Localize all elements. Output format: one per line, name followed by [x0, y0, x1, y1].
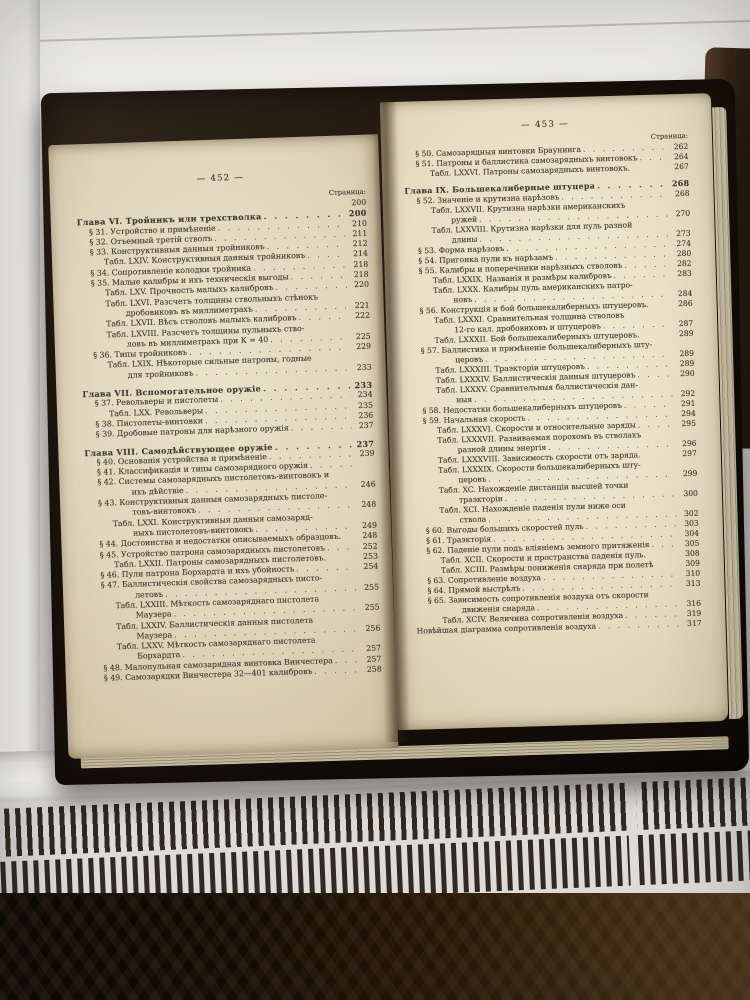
toc-page-number: 257 [359, 654, 381, 665]
toc-page-number: 229 [349, 342, 371, 353]
toc-page-number [357, 599, 379, 600]
toc-page-number [668, 206, 690, 207]
toc-page-number: 268 [667, 179, 689, 190]
window-frame-left [0, 0, 40, 760]
toc-page-number: 284 [670, 289, 692, 300]
toc-page-number: 236 [351, 411, 373, 422]
page-number-header: — 452 — [75, 169, 365, 189]
toc-page-number [355, 517, 377, 518]
toc-page-number: 233 [350, 380, 372, 391]
toc-page-number: 237 [352, 421, 374, 432]
toc-page-number: 302 [676, 509, 698, 520]
wall-seam [0, 18, 750, 43]
toc-page-number: 310 [678, 569, 700, 580]
toc-page-number [675, 466, 697, 467]
toc-page-number: 303 [677, 519, 699, 530]
dot-leader [294, 562, 356, 574]
dot-leader [652, 346, 672, 347]
dot-leader [641, 466, 676, 467]
toc-page-number [359, 641, 381, 642]
toc-page-number: 258 [360, 665, 382, 676]
dot-leader [289, 422, 352, 434]
dot-leader [641, 436, 674, 437]
toc-page-number: 248 [354, 500, 376, 511]
dot-leader [327, 497, 354, 498]
toc-page-number: 233 [350, 362, 372, 373]
dot-leader [611, 269, 669, 281]
toc-page-number [670, 286, 692, 287]
toc-left: 200Глава VI. Тройникъ или трехстволка200… [76, 198, 382, 685]
dot-leader [322, 580, 357, 581]
toc-page-number [349, 359, 371, 360]
dot-leader [641, 456, 675, 457]
toc-page-number: 235 [351, 400, 373, 411]
open-book: — 452 — Страница: 200Глава VI. Тройникъ … [41, 79, 749, 785]
toc-page-number: 268 [667, 189, 689, 200]
dot-leader [649, 539, 677, 550]
toc-page-number: 305 [677, 539, 699, 550]
dot-leader [312, 665, 360, 677]
dot-leader [630, 169, 667, 170]
toc-page-number: 255 [357, 582, 379, 593]
toc-page-number: 297 [675, 449, 697, 460]
toc-page-number: 264 [666, 152, 688, 163]
toc-page-number: 309 [678, 559, 700, 570]
toc-page-number: 221 [348, 301, 370, 312]
toc-page-number: 248 [355, 531, 377, 542]
toc-page-number: 319 [679, 609, 701, 620]
toc-page-number: 267 [667, 162, 689, 173]
dot-leader [649, 596, 679, 597]
dot-leader [312, 360, 350, 361]
toc-page-number: 220 [347, 280, 369, 291]
dot-leader [638, 386, 673, 387]
dot-leader [640, 336, 672, 337]
toc-page-number [676, 506, 698, 507]
toc-page-number: 292 [673, 389, 695, 400]
toc-page-number: 212 [345, 239, 367, 250]
toc-page-number [353, 476, 375, 477]
toc-page-number: 304 [677, 529, 699, 540]
toc-page-number: 252 [355, 541, 377, 552]
toc-page-number [673, 386, 695, 387]
toc-page-number: 270 [668, 209, 690, 220]
dot-leader [296, 312, 348, 324]
toc-page-number: 214 [346, 249, 368, 260]
toc-page-number [668, 226, 690, 227]
toc-page-number [347, 297, 369, 298]
toc-page-number: 289 [671, 329, 693, 340]
dot-leader [313, 518, 355, 519]
dot-leader [625, 206, 668, 207]
dot-leader [653, 566, 678, 567]
left-page-content: — 452 — Страница: 200Глава VI. Тройникъ … [48, 134, 398, 759]
toc-page-number: 210 [345, 218, 367, 229]
dot-leader [313, 621, 358, 622]
toc-page-number: 280 [669, 249, 691, 260]
toc-page-number [672, 346, 694, 347]
toc-page-number: 291 [673, 399, 695, 410]
parquet-floor [0, 893, 750, 1000]
toc-page-number: 218 [346, 259, 368, 270]
toc-page-number: 255 [358, 603, 380, 614]
toc-page-number: 200 [344, 198, 366, 209]
toc-page-number: 234 [350, 390, 372, 401]
dot-leader [325, 542, 356, 553]
dot-leader [636, 419, 674, 430]
toc-page-number: 316 [679, 599, 701, 610]
toc-page-number: 273 [669, 229, 691, 240]
toc-page-number: 200 [344, 208, 366, 219]
dot-leader [635, 369, 672, 380]
toc-page-number: 256 [358, 623, 380, 634]
dot-leader [308, 459, 353, 471]
dot-leader [624, 316, 670, 317]
dot-leader [326, 559, 356, 560]
dot-leader [316, 641, 359, 642]
toc-page-number: 218 [346, 270, 368, 281]
toc-page-number: 257 [359, 644, 381, 655]
toc-page-number [353, 466, 375, 467]
toc-page-number [676, 486, 698, 487]
toc-page-number [674, 436, 696, 437]
photo-scene: — 452 — Страница: 200Глава VI. Тройникъ … [0, 0, 750, 1000]
dot-leader [318, 298, 347, 299]
toc-page-number [357, 579, 379, 580]
toc-page-number: 211 [345, 229, 367, 240]
toc-page-number: 313 [678, 579, 700, 590]
toc-page-number: 300 [676, 489, 698, 500]
right-page-content: — 453 — Страница: § 50. Самозарядныя вин… [380, 93, 728, 730]
toc-page-number: 239 [352, 448, 374, 459]
toc-page-number: 274 [669, 239, 691, 250]
dot-leader [629, 486, 676, 487]
toc-entry-text: для тройниковъ [128, 368, 194, 380]
toc-right: § 50. Самозарядныя винтовки Браунинга262… [403, 142, 701, 637]
toc-page-number: 317 [679, 619, 701, 630]
toc-entry-text: новъ [453, 295, 472, 306]
dot-leader [649, 306, 671, 307]
toc-page-number [671, 316, 693, 317]
toc-page-number: 299 [675, 469, 697, 480]
toc-page-number: 282 [669, 259, 691, 270]
dot-leader [304, 329, 348, 330]
dot-leader [329, 477, 353, 478]
toc-page-number: 254 [356, 562, 378, 573]
toc-page-number: 308 [677, 549, 699, 560]
dot-leader [596, 619, 680, 631]
dot-leader [626, 506, 677, 507]
toc-page-number [354, 497, 376, 498]
toc-page-number [679, 596, 701, 597]
toc-page-number [358, 620, 380, 621]
toc-page-number: 283 [670, 269, 692, 280]
right-page: — 453 — Страница: § 50. Самозарядныя вин… [380, 93, 728, 730]
toc-page-number: 253 [356, 551, 378, 562]
dot-leader [319, 600, 357, 601]
toc-page-number: 296 [674, 439, 696, 450]
dot-leader [632, 226, 668, 227]
dot-leader [637, 152, 666, 163]
toc-page-number: 294 [674, 409, 696, 420]
toc-page-number: 286 [671, 299, 693, 310]
toc-page-number: 246 [353, 479, 375, 490]
toc-page-number: 225 [349, 332, 371, 343]
toc-page-number: 295 [674, 419, 696, 430]
dot-leader [633, 286, 670, 287]
page-number-header: — 453 — [403, 116, 688, 134]
toc-page-number [348, 328, 370, 329]
toc-page-number: 290 [672, 369, 694, 380]
toc-page-number: 237 [352, 438, 374, 449]
toc-page-number: 287 [671, 319, 693, 330]
left-page: — 452 — Страница: 200Глава VI. Тройникъ … [48, 134, 398, 759]
toc-page-number: 289 [672, 359, 694, 370]
toc-page-number: 289 [672, 349, 694, 360]
toc-page-number: 222 [348, 311, 370, 322]
toc-page-number: 262 [666, 142, 688, 153]
toc-entry-text: ныя [456, 395, 472, 405]
toc-page-number: 249 [355, 520, 377, 531]
dot-leader [646, 556, 678, 557]
